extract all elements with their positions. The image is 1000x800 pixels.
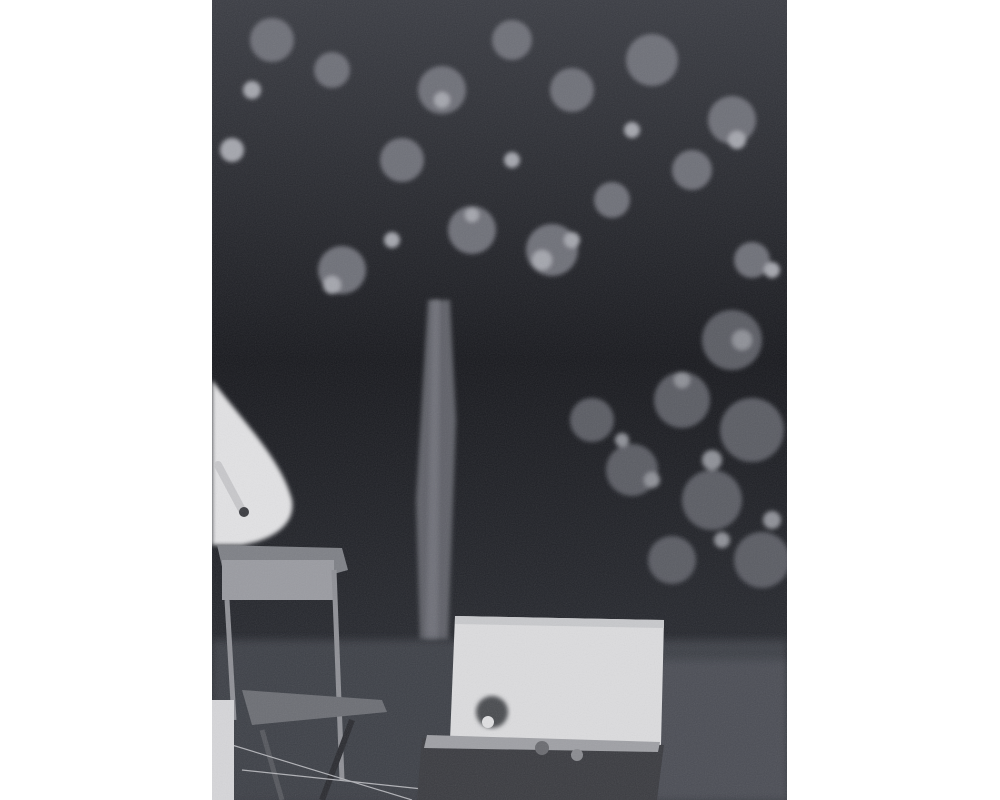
photograph: Garden scene with a leafy tree and dense… bbox=[212, 0, 787, 800]
